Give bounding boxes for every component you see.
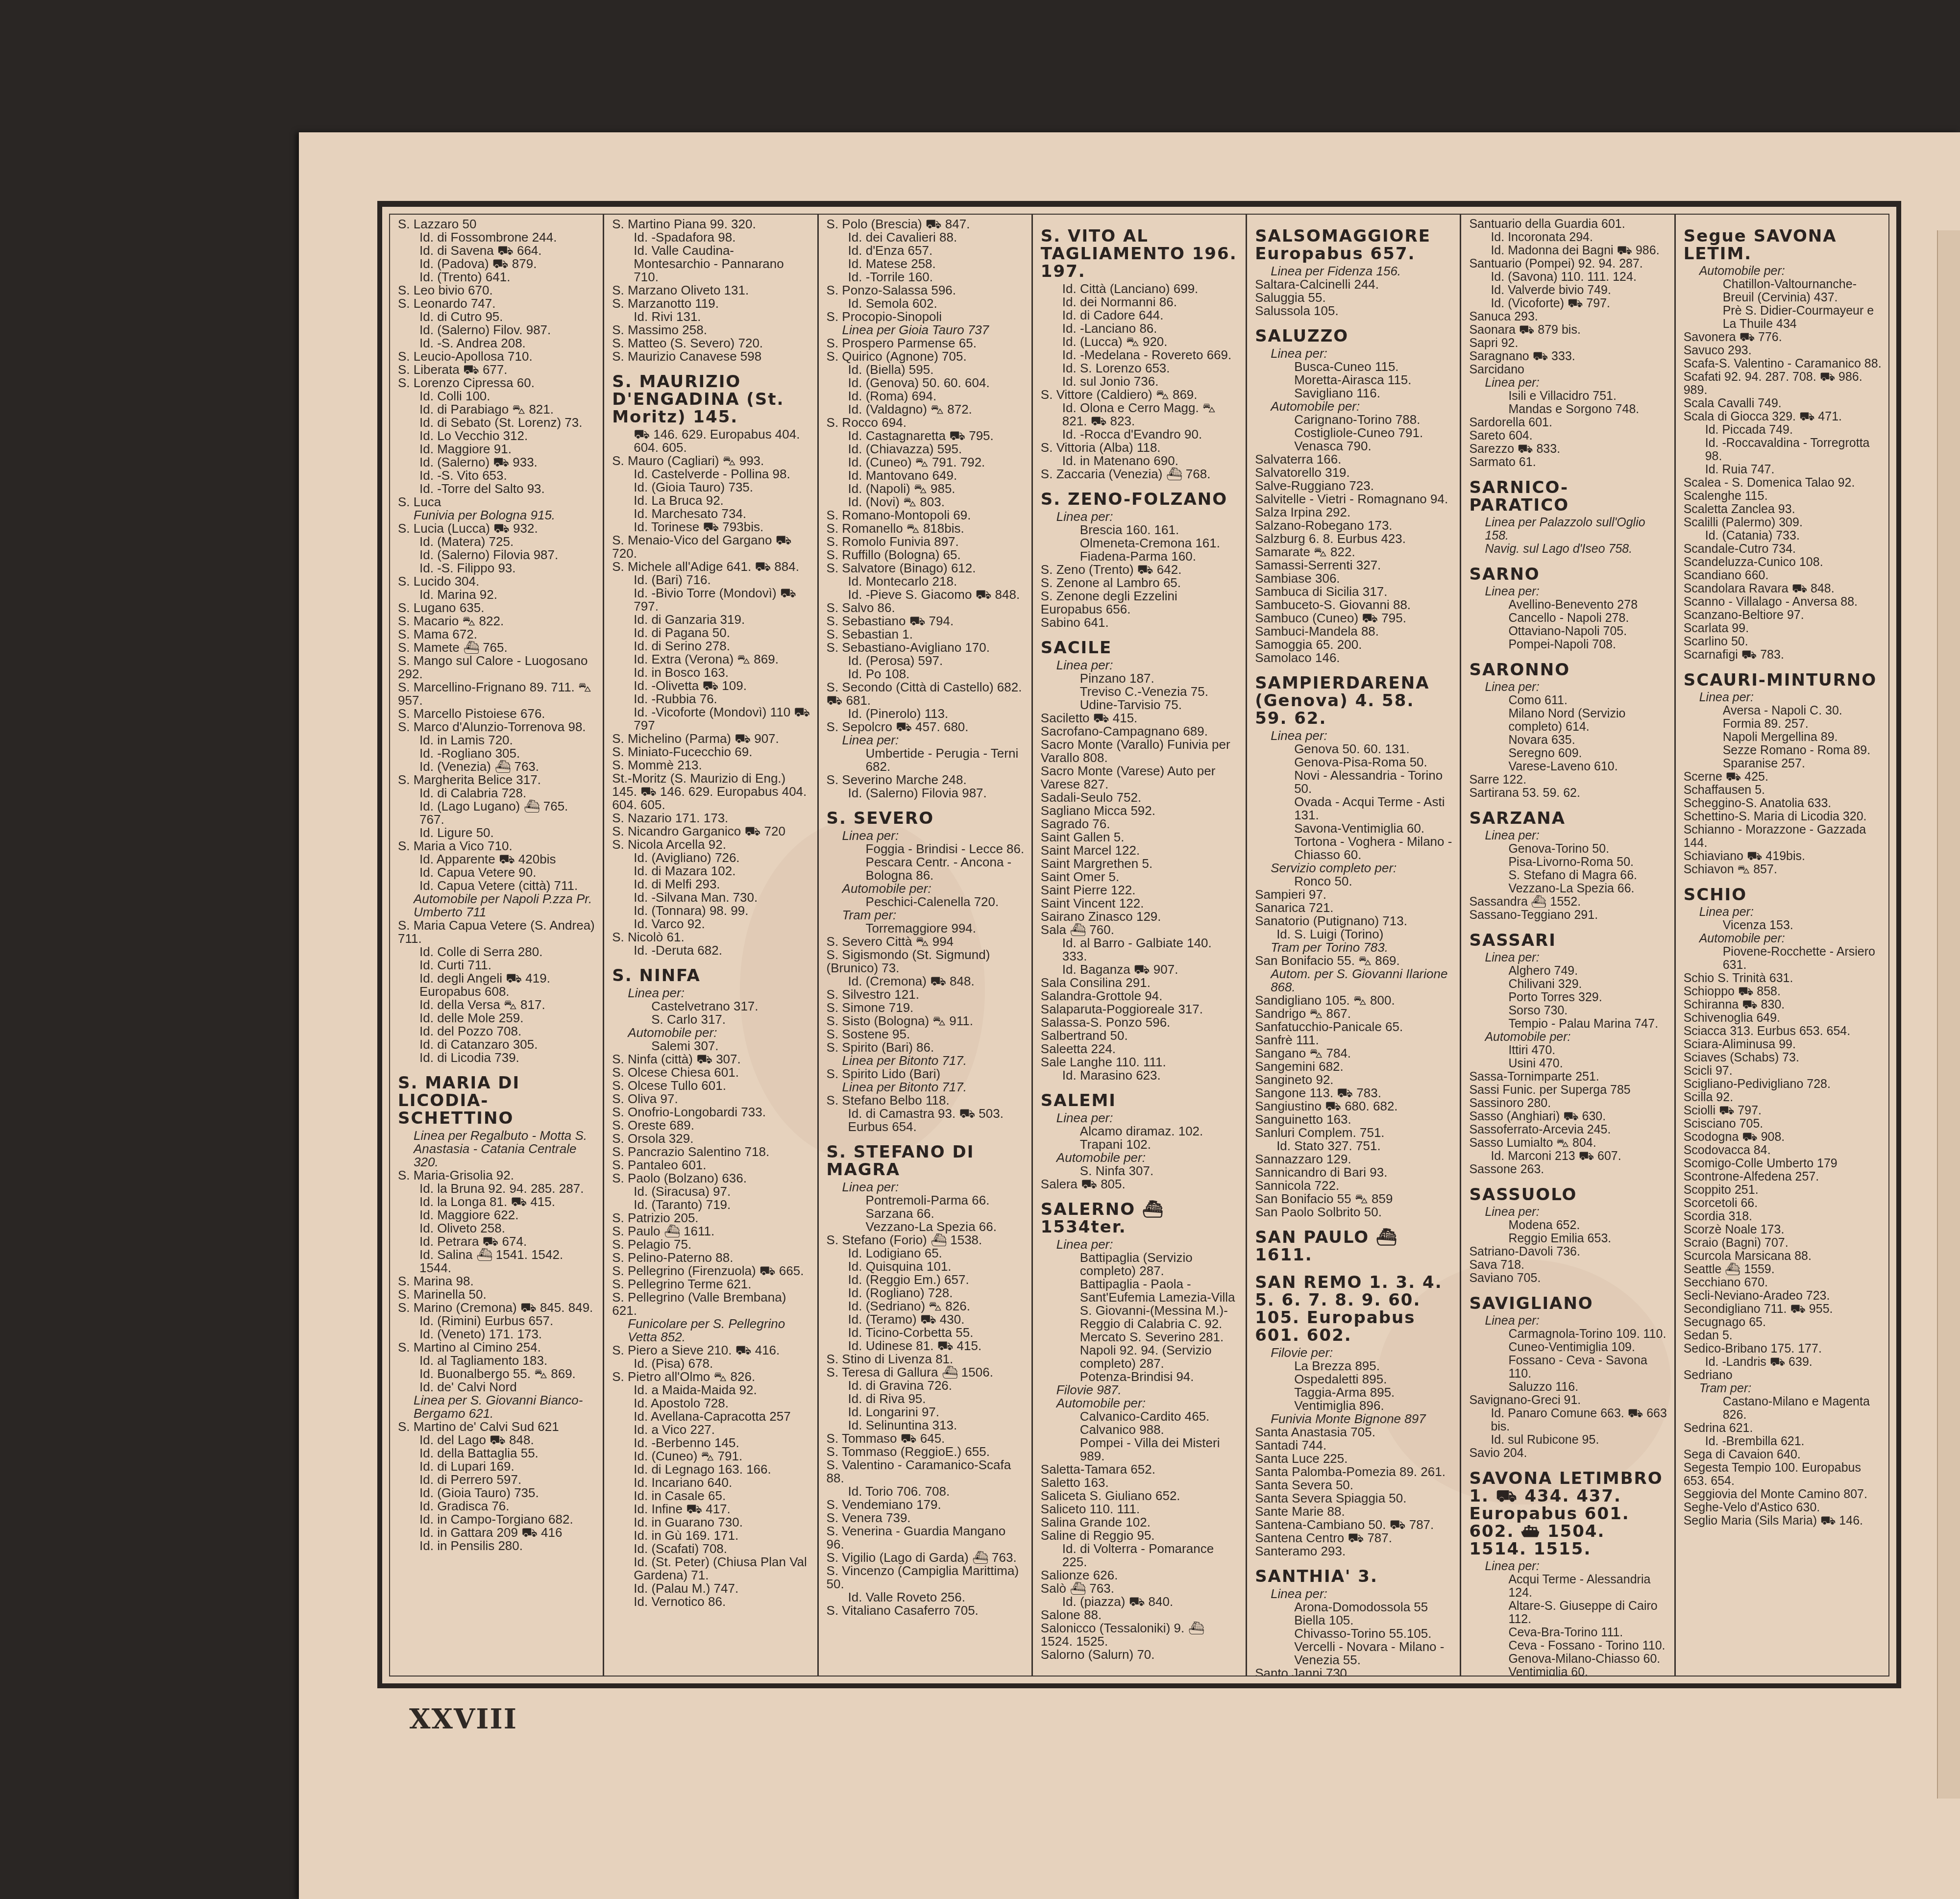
index-entry: Salandra-Grottole 94. — [1041, 989, 1239, 1003]
index-entry: Castano-Milano e Magenta 826. — [1684, 1395, 1882, 1422]
index-entry: Saonara ⛟ 879 bis. — [1469, 323, 1667, 337]
index-entry: Id. del Lago ⛟ 848. — [398, 1433, 596, 1447]
index-entry: Sarre 122. — [1469, 773, 1667, 787]
index-entry: Linea per: — [1469, 829, 1667, 842]
index-entry: Sagliano Micca 592. — [1041, 804, 1239, 817]
index-entry: Ottaviano-Napoli 705. — [1469, 625, 1667, 638]
index-entry: Id. in Pensilis 280. — [398, 1539, 596, 1553]
index-entry: S. Oliva 97. — [612, 1092, 810, 1106]
index-entry: Id. (Veneto) 171. 173. — [398, 1328, 596, 1341]
page-edge — [1937, 230, 1960, 1799]
index-entry: Scraio (Bagni) 707. — [1684, 1236, 1882, 1250]
index-entry: S. Romanello ⛍ 818bis. — [827, 522, 1025, 535]
index-entry: Id. in Campo-Torgiano 682. — [398, 1513, 596, 1526]
index-column-6: Santuario della Guardia 601.Id. Incorona… — [1461, 215, 1675, 1676]
index-entry: Id. di Fossombrone 244. — [398, 231, 596, 244]
index-entry: Autom. per S. Giovanni Ilarione 868. — [1255, 967, 1453, 994]
index-entry: S. Stefano (Forio) ⛴ 1538. — [827, 1233, 1025, 1247]
index-entry: Sanatorio (Putignano) 713. — [1255, 914, 1453, 928]
index-entry: Saint Vincent 122. — [1041, 897, 1239, 910]
index-entry: S. Nicola Arcella 92. — [612, 838, 810, 851]
index-entry: Linea per: — [1469, 585, 1667, 598]
index-entry: Schettino-S. Maria di Licodia 320. — [1684, 810, 1882, 823]
index-entry: Id. (Pinerolo) 113. — [827, 707, 1025, 720]
index-entry: Id. di Melfi 293. — [612, 878, 810, 891]
index-entry: Biella 105. — [1255, 1614, 1453, 1627]
index-entry: Id. -Roccavaldina - Torregrotta 98. — [1684, 437, 1882, 463]
index-entry: S. Mango sul Calore - Luogosano 292. — [398, 654, 596, 681]
index-entry: Sareto 604. — [1469, 429, 1667, 443]
index-entry: Umbertide - Perugia - Terni 682. — [827, 747, 1025, 773]
index-entry: Id. Curti 711. — [398, 959, 596, 972]
index-entry: Linea per Fidenza 156. — [1255, 265, 1453, 278]
index-entry: Id. Rivi 131. — [612, 310, 810, 323]
index-entry: Milano Nord (Servizio completo) 614. — [1469, 707, 1667, 734]
index-entry: Id. la Longa 81. ⛟ 415. — [398, 1195, 596, 1208]
index-entry: Id. -Deruta 682. — [612, 944, 810, 957]
index-entry: Aversa - Napoli C. 30. — [1684, 704, 1882, 717]
index-entry: S. Carlo 317. — [612, 1013, 810, 1026]
index-entry: Sassone 263. — [1469, 1163, 1667, 1176]
index-entry: Id. -Rocca d'Evandro 90. — [1041, 428, 1239, 441]
section-heading: S. SEVERO — [827, 810, 1025, 827]
index-entry: Id. -Landris ⛟ 639. — [1684, 1356, 1882, 1369]
index-entry: Id. Piccada 749. — [1684, 423, 1882, 437]
index-entry: Santa Luce 225. — [1255, 1452, 1453, 1465]
index-entry: Salve-Ruggiano 723. — [1255, 479, 1453, 493]
index-entry: Automobile per Napoli P.zza Pr. Umberto … — [398, 892, 596, 919]
index-entry: Id. delle Mole 259. — [398, 1011, 596, 1025]
section-heading: SCAURI-MINTURNO — [1684, 671, 1882, 689]
index-entry: Saletto 163. — [1041, 1476, 1239, 1489]
index-entry: Id. Città (Lanciano) 699. — [1041, 282, 1239, 296]
index-entry: Id. di Volterra - Pomarance 225. — [1041, 1542, 1239, 1569]
index-entry: Id. Infine ⛟ 417. — [612, 1503, 810, 1516]
index-entry: Id. di Perrero 597. — [398, 1473, 596, 1486]
index-entry: S. Tommaso ⛟ 645. — [827, 1432, 1025, 1445]
index-entry: S. Spirito Lido (Bari) — [827, 1067, 1025, 1081]
index-entry: Id. (Cuneo) ⛍ 791. — [612, 1450, 810, 1463]
index-entry: Linea per: — [1041, 1238, 1239, 1251]
index-entry: Id. (Cuneo) ⛍ 791. 792. — [827, 456, 1025, 469]
index-entry: Sasso (Anghiari) ⛟ 630. — [1469, 1110, 1667, 1123]
index-column-1: S. Lazzaro 50Id. di Fossombrone 244.Id. … — [390, 215, 604, 1676]
index-entry: Linea per: — [1469, 1314, 1667, 1328]
index-entry: Id. -S. Andrea 208. — [398, 337, 596, 350]
index-entry: Id. Incoronata 294. — [1469, 231, 1667, 244]
index-entry: S. Procopio-Sinopoli — [827, 310, 1025, 323]
index-entry: Udine-Tarvisio 75. — [1041, 698, 1239, 712]
index-entry: Sabino 641. — [1041, 616, 1239, 629]
index-entry: Id. Udinese 81. ⛟ 415. — [827, 1339, 1025, 1353]
index-entry: Saluzzo 116. — [1469, 1381, 1667, 1394]
index-entry: Id. di Camastra 93. ⛟ 503. Eurbus 654. — [827, 1107, 1025, 1134]
index-entry: Savigliano 116. — [1255, 387, 1453, 400]
index-entry: Id. in Lamis 720. — [398, 734, 596, 747]
index-entry: Tempio - Palau Marina 747. — [1469, 1017, 1667, 1031]
index-entry: Automobile per: — [1041, 1397, 1239, 1410]
index-entry: Scoppito 251. — [1684, 1184, 1882, 1197]
index-entry: Id. -Berbenno 145. — [612, 1436, 810, 1450]
index-entry: S. Vendemiano 179. — [827, 1498, 1025, 1511]
index-entry: Saint Marcel 122. — [1041, 844, 1239, 857]
index-entry: S. Martino de' Calvi Sud 621 — [398, 1420, 596, 1433]
index-entry: San Bonifacio 55 ⛍ 859 — [1255, 1192, 1453, 1206]
index-entry: Id. -Lanciano 86. — [1041, 322, 1239, 335]
index-entry: Carmagnola-Torino 109. 110. — [1469, 1328, 1667, 1341]
index-entry: Sciaves (Schabs) 73. — [1684, 1051, 1882, 1064]
section-heading: SARNO — [1469, 566, 1667, 583]
index-entry: Schiavon ⛍ 857. — [1684, 863, 1882, 876]
index-entry: Id. (Lago Lugano) ⛴ 765. 767. — [398, 800, 596, 826]
index-entry: S. Marcellino-Frignano 89. 711. ⛍ 957. — [398, 681, 596, 707]
index-entry: S. Spirito (Bari) 86. — [827, 1041, 1025, 1054]
index-entry: S. Lucido 304. — [398, 575, 596, 588]
index-entry: Salussola 105. — [1255, 304, 1453, 318]
index-entry: Id. di Gravina 726. — [827, 1379, 1025, 1392]
index-entry: Id. di Serino 278. — [612, 640, 810, 653]
index-column-7: Segue SAVONA LETIM.Automobile per:Chatil… — [1676, 215, 1888, 1676]
index-entry: S. Stefano Belbo 118. — [827, 1094, 1025, 1107]
index-entry: S. Salvo 86. — [827, 601, 1025, 615]
index-entry: Id. del Pozzo 708. — [398, 1025, 596, 1038]
index-entry: S. Lucia (Lucca) ⛟ 932. — [398, 522, 596, 535]
index-entry: Salza Irpina 292. — [1255, 506, 1453, 519]
index-entry: Sanguinetto 163. — [1255, 1113, 1453, 1126]
index-entry: Scarlino 50. — [1684, 635, 1882, 648]
section-heading: S. ZENO-FOLZANO — [1041, 491, 1239, 508]
index-entry: Id. -Pieve S. Giacomo ⛟ 848. — [827, 588, 1025, 601]
index-entry: S. Stino di Livenza 81. — [827, 1353, 1025, 1366]
index-entry: Id. -Torre del Salto 93. — [398, 482, 596, 495]
index-entry: Id. Torio 706. 708. — [827, 1485, 1025, 1498]
section-heading: SANTHIA' 3. — [1255, 1568, 1453, 1585]
index-entry: Linea per: — [1041, 510, 1239, 523]
index-entry: Sega di Cavaion 640. — [1684, 1448, 1882, 1461]
index-entry: Vezzano-La Spezia 66. — [827, 1220, 1025, 1233]
index-entry: Mercato S. Severino 281. — [1041, 1331, 1239, 1344]
index-entry: Linea per: — [1041, 659, 1239, 672]
index-entry: S. Mama 672. — [398, 628, 596, 641]
index-entry: Salonicco (Tessaloniki) 9. ⛴ 1524. 1525. — [1041, 1622, 1239, 1648]
index-entry: Id. Marconi 213 ⛟ 607. — [1469, 1150, 1667, 1163]
index-entry: Sante Marie 88. — [1255, 1505, 1453, 1518]
index-entry: S. Menaio-Vico del Gargano ⛟ 720. — [612, 534, 810, 560]
index-entry: S. Marcello Pistoiese 676. — [398, 707, 596, 720]
index-entry: S. Michelino (Parma) ⛟ 907. — [612, 732, 810, 745]
index-entry: S. Piero a Sieve 210. ⛟ 416. — [612, 1344, 810, 1357]
index-entry: Id. (Venezia) ⛴ 763. — [398, 760, 596, 773]
index-entry: St.-Moritz (S. Maurizio di Eng.) 145. ⛟ … — [612, 772, 810, 812]
index-entry: Sangiustino ⛟ 680. 682. — [1255, 1100, 1453, 1113]
index-entry: Id. di Licodia 739. — [398, 1051, 596, 1064]
index-entry: Sampieri 97. — [1255, 888, 1453, 901]
index-entry: Id. (Matera) 725. — [398, 535, 596, 548]
index-entry: Id. in Casale 65. — [612, 1489, 810, 1503]
index-entry: Sanfatucchio-Panicale 65. — [1255, 1020, 1453, 1034]
index-entry: Id. Olona e Cerro Magg. ⛍ 821. ⛟ 823. — [1041, 401, 1239, 428]
index-entry: Linea per: — [1684, 691, 1882, 704]
index-entry: Sedrina 621. — [1684, 1422, 1882, 1435]
section-heading: SASSARI — [1469, 932, 1667, 949]
index-entry: Calvanico-Cardito 465. — [1041, 1410, 1239, 1423]
index-entry: Sassano-Teggiano 291. — [1469, 909, 1667, 922]
index-entry: Id. Valle Roveto 256. — [827, 1591, 1025, 1604]
index-entry: Brescia 160. 161. — [1041, 523, 1239, 537]
index-entry: Automobile per: — [1041, 1151, 1239, 1164]
index-entry: Saragnano ⛟ 333. — [1469, 350, 1667, 363]
index-entry: Sarezzo ⛟ 833. — [1469, 443, 1667, 456]
index-entry: Ospedaletti 895. — [1255, 1373, 1453, 1386]
index-entry: S. Mommè 213. — [612, 759, 810, 772]
index-entry: Sassi Funic. per Superga 785 — [1469, 1084, 1667, 1097]
index-entry: Id. (St. Peter) (Chiusa Plan Val Gardena… — [612, 1555, 810, 1582]
section-heading: SALUZZO — [1255, 327, 1453, 345]
index-entry: Id. Apparente ⛟ 420bis — [398, 853, 596, 866]
index-entry: Sambuco (Cuneo) ⛟ 795. — [1255, 612, 1453, 625]
index-entry: S. Sebastian 1. — [827, 628, 1025, 641]
index-entry: Id. Ruia 747. — [1684, 463, 1882, 476]
index-entry: Id. -Bivio Torre (Mondovì) ⛟ 797. — [612, 587, 810, 613]
index-entry: Salone 88. — [1041, 1608, 1239, 1622]
index-entry: Salbertrand 50. — [1041, 1029, 1239, 1042]
index-entry: Automobile per: — [1684, 932, 1882, 945]
index-entry: Linea per: — [827, 734, 1025, 747]
index-entry: S. Matteo (S. Severo) 720. — [612, 337, 810, 350]
index-entry: Formia 89. 257. — [1684, 717, 1882, 731]
index-entry: Linea per: — [827, 829, 1025, 842]
index-entry: Id. Valle Caudina-Montesarchio - Pannara… — [612, 244, 810, 284]
index-entry: Schaffausen 5. — [1684, 784, 1882, 797]
index-entry: Id. a Vico 227. — [612, 1423, 810, 1436]
index-entry: Automobile per: — [1684, 265, 1882, 278]
index-entry: S. Lorenzo Cipressa 60. — [398, 376, 596, 390]
index-entry: Savonera ⛟ 776. — [1684, 331, 1882, 344]
section-heading: S. VITO AL TAGLIAMENTO 196. 197. — [1041, 227, 1239, 280]
index-entry: Vezzano-La Spezia 66. — [1469, 882, 1667, 895]
section-heading: S. STEFANO DI MAGRA — [827, 1143, 1025, 1179]
index-entry: Satriano-Davoli 736. — [1469, 1245, 1667, 1258]
index-entry: Id. di Cadore 644. — [1041, 309, 1239, 322]
index-entry: Id. (Teramo) ⛟ 430. — [827, 1313, 1025, 1326]
index-entry: Linea per: — [827, 1181, 1025, 1194]
index-entry: Sassoferrato-Arcevia 245. — [1469, 1123, 1667, 1136]
index-entry: S. Sebastiano ⛟ 794. — [827, 615, 1025, 628]
index-entry: Foggia - Brindisi - Lecce 86. — [827, 842, 1025, 856]
index-entry: Saint Gallen 5. — [1041, 831, 1239, 844]
index-entry: Id. Vernotico 86. — [612, 1595, 810, 1608]
index-entry: Sassinoro 280. — [1469, 1097, 1667, 1110]
index-entry: Linea per Regalbuto - Motta S. Anastasia… — [398, 1129, 596, 1169]
index-entry: Peschici-Calenella 720. — [827, 895, 1025, 909]
index-entry: Alcamo diramaz. 102. — [1041, 1125, 1239, 1138]
index-entry: Calvanico 988. — [1041, 1423, 1239, 1436]
index-entry: Scandeluzza-Cunico 108. — [1684, 556, 1882, 569]
index-entry: Scorzè Noale 173. — [1684, 1223, 1882, 1236]
index-entry: Sannazzaro 129. — [1255, 1153, 1453, 1166]
index-entry: Vercelli - Novara - Milano - Venezia 55. — [1255, 1640, 1453, 1667]
index-entry: Pontremoli-Parma 66. — [827, 1194, 1025, 1207]
index-entry: Scodovacca 84. — [1684, 1144, 1882, 1157]
index-entry: Ronco 50. — [1255, 875, 1453, 888]
index-entry: Id. Colli 100. — [398, 390, 596, 403]
index-entry: S. Olcese Tullo 601. — [612, 1079, 810, 1092]
index-entry: Sanluri Complem. 751. — [1255, 1126, 1453, 1139]
index-entry: Sannicola 722. — [1255, 1179, 1453, 1192]
index-entry: Santena Centro ⛟ 787. — [1255, 1531, 1453, 1545]
index-entry: Scodogna ⛟ 908. — [1684, 1131, 1882, 1144]
index-entry: Salassa-S. Ponzo 596. — [1041, 1016, 1239, 1029]
index-entry: Id. dei Cavalieri 88. — [827, 231, 1025, 244]
index-entry: Id. (Perosa) 597. — [827, 654, 1025, 667]
index-entry: Scala Cavalli 749. — [1684, 397, 1882, 410]
index-entry: Filovie per: — [1255, 1346, 1453, 1359]
index-entry: Samolaco 146. — [1255, 651, 1453, 665]
index-entry: Battipaglia - Paola - Sant'Eufemia Lamez… — [1041, 1278, 1239, 1331]
index-entry: S. Teresa di Gallura ⛴ 1506. — [827, 1366, 1025, 1379]
index-entry: Linea per Bitonto 717. — [827, 1054, 1025, 1067]
index-entry: S. Marzanotto 119. — [612, 297, 810, 310]
index-entry: S. Maurizio Canavese 598 — [612, 350, 810, 363]
index-entry: Castelvetrano 317. — [612, 1000, 810, 1013]
index-entry: Battipaglia (Servizio completo) 287. — [1041, 1251, 1239, 1278]
index-entry: S. Romano-Montopoli 69. — [827, 509, 1025, 522]
index-entry: Torremaggiore 994. — [827, 922, 1025, 935]
index-entry: S. Pelino-Paterno 88. — [612, 1251, 810, 1264]
index-entry: Sangano ⛍ 784. — [1255, 1047, 1453, 1060]
index-entry: Id. (Pisa) 678. — [612, 1357, 810, 1370]
index-entry: Id. -S. Vito 653. — [398, 469, 596, 482]
index-entry: Id. Baganza ⛟ 907. — [1041, 963, 1239, 976]
section-heading: SARONNO — [1469, 661, 1667, 679]
index-entry: Potenza-Brindisi 94. — [1041, 1370, 1239, 1383]
index-entry: S. Salvatore (Binago) 612. — [827, 562, 1025, 575]
index-entry: Id. al Barro - Galbiate 140. 333. — [1041, 937, 1239, 963]
index-entry: Id. di Sebato (St. Lorenz) 73. — [398, 416, 596, 429]
index-entry: Id. (Sedriano) ⛍ 826. — [827, 1300, 1025, 1313]
index-entry: Id. (Padova) ⛟ 879. — [398, 257, 596, 271]
index-entry: S. Lugano 635. — [398, 601, 596, 615]
index-entry: S. Marinella 50. — [398, 1288, 596, 1301]
index-entry: Scandolara Ravara ⛟ 848. — [1684, 582, 1882, 595]
index-entry: Saviano 705. — [1469, 1272, 1667, 1285]
index-entry: S. Mamete ⛴ 765. — [398, 641, 596, 654]
index-entry: Novi - Alessandria - Torino 50. — [1255, 769, 1453, 795]
index-entry: Prè S. Didier-Courmayeur e La Thuile 434 — [1684, 304, 1882, 331]
section-heading: S. MAURIZIO D'ENGADINA (St. Moritz) 145. — [612, 373, 810, 426]
index-entry: Seattle ⛴ 1559. — [1684, 1263, 1882, 1276]
index-entry: Id. in Gattara 209 ⛟ 416 — [398, 1526, 596, 1539]
index-entry: Id. Ligure 50. — [398, 826, 596, 839]
index-entry: Linea per Gioia Tauro 737 — [827, 323, 1025, 337]
section-heading: Segue SAVONA LETIM. — [1684, 227, 1882, 263]
index-entry: Arona-Domodossola 55 — [1255, 1601, 1453, 1614]
index-entry: Schivenoglia 649. — [1684, 1011, 1882, 1025]
index-entry: Scarlata 99. — [1684, 622, 1882, 635]
index-entry: Napoli 92. 94. (Servizio completo) 287. — [1041, 1344, 1239, 1370]
index-entry: Trapani 102. — [1041, 1138, 1239, 1151]
index-entry: Piovene-Rocchette - Arsiero 631. — [1684, 945, 1882, 972]
index-entry: Santo Janni 730 — [1255, 1667, 1453, 1676]
index-entry: Sedico-Bribano 175. 177. — [1684, 1342, 1882, 1356]
index-entry: Id. Matese 258. — [827, 257, 1025, 271]
index-entry: Salionze 626. — [1041, 1569, 1239, 1582]
index-entry: Pescara Centr. - Ancona - Bologna 86. — [827, 856, 1025, 882]
index-entry: Automobile per: — [1469, 1031, 1667, 1044]
index-entry: Linea per: — [1469, 1206, 1667, 1219]
index-entry: Id. di Lupari 169. — [398, 1460, 596, 1473]
index-column-3: S. Polo (Brescia) ⛟ 847.Id. dei Cavalier… — [819, 215, 1033, 1676]
index-entry: Id. in Gù 169. 171. — [612, 1529, 810, 1542]
index-entry: S. Pellegrino (Valle Brembana) 621. — [612, 1291, 810, 1317]
index-entry: Id. Po 108. — [827, 667, 1025, 681]
index-entry: Salera ⛟ 805. — [1041, 1178, 1239, 1191]
index-entry: S. Vitaliano Casaferro 705. — [827, 1604, 1025, 1617]
index-entry: Id. de' Calvi Nord — [398, 1381, 596, 1394]
index-entry: Sanarica 721. — [1255, 901, 1453, 914]
index-entry: Tortona - Voghera - Milano - Chiasso 60. — [1255, 835, 1453, 862]
index-entry: S. Massimo 258. — [612, 323, 810, 337]
index-entry: Sandigliano 105. ⛍ 800. — [1255, 994, 1453, 1007]
index-entry: S. Marino (Cremona) ⛟ 845. 849. — [398, 1301, 596, 1314]
index-entry: Id. Capua Vetere (città) 711. — [398, 879, 596, 892]
index-entry: Secchiano 670. — [1684, 1276, 1882, 1289]
index-entry: Ceva-Bra-Torino 111. — [1469, 1626, 1667, 1639]
index-entry: Porto Torres 329. — [1469, 991, 1667, 1004]
index-entry: Savuco 293. — [1684, 344, 1882, 357]
index-entry: Scurcola Marsicana 88. — [1684, 1250, 1882, 1263]
index-entry: Saluggia 55. — [1255, 291, 1453, 304]
index-entry: Chatillon-Valtournanche-Breuil (Cervinia… — [1684, 278, 1882, 304]
page-number: XXVIII — [409, 1703, 517, 1735]
index-entry: S. Leonardo 747. — [398, 297, 596, 310]
index-entry: S. Vittore (Caldiero) ⛍ 869. — [1041, 388, 1239, 401]
index-entry: Alghero 749. — [1469, 964, 1667, 978]
index-entry: Id. Avellana-Capracotta 257 — [612, 1410, 810, 1423]
index-entry: Santuario della Guardia 601. — [1469, 218, 1667, 231]
index-entry: Ittiri 470. — [1469, 1044, 1667, 1057]
index-entry: Schianno - Morazzone - Gazzada 144. — [1684, 823, 1882, 850]
index-entry: Saint Pierre 122. — [1041, 884, 1239, 897]
index-entry: Acqui Terme - Alessandria 124. — [1469, 1573, 1667, 1600]
index-entry: Filovie 987. — [1041, 1383, 1239, 1397]
index-entry: S. Onofrio-Longobardi 733. — [612, 1106, 810, 1119]
index-entry: S. Zenone degli Ezzelini Europabus 656. — [1041, 590, 1239, 616]
index-entry: Linea per: — [1684, 906, 1882, 919]
index-entry: Id. la Bruna 92. 94. 285. 287. — [398, 1182, 596, 1195]
index-entry: Schioppo ⛟ 858. — [1684, 985, 1882, 998]
section-heading: S. NINFA — [612, 967, 810, 985]
index-entry: Id. (Gioia Tauro) 735. — [398, 1486, 596, 1500]
index-entry: S. Liberata ⛟ 677. — [398, 363, 596, 376]
index-entry: Id. (Scafati) 708. — [612, 1542, 810, 1555]
index-entry: Funivia per Bologna 915. — [398, 509, 596, 522]
index-entry: Seghe-Velo d'Astico 630. — [1684, 1501, 1882, 1514]
index-entry: Id. Varco 92. — [612, 917, 810, 931]
index-entry: Id. -Vicoforte (Mondovì) 110 ⛟ 797 — [612, 706, 810, 732]
index-entry: Salvatorello 319. — [1255, 466, 1453, 479]
index-entry: Id. La Bruca 92. — [612, 494, 810, 507]
index-entry: Id. di Parabiago ⛍ 821. — [398, 403, 596, 416]
index-entry: Scicli 97. — [1684, 1064, 1882, 1078]
index-entry: Id. (Cremona) ⛟ 848. — [827, 975, 1025, 988]
index-entry: Pompei-Napoli 708. — [1469, 638, 1667, 651]
index-entry: Scerne ⛟ 425. — [1684, 770, 1882, 784]
index-entry: Saltara-Calcinelli 244. — [1255, 278, 1453, 291]
index-entry: Id. (Trento) 641. — [398, 271, 596, 284]
index-entry: Sedan 5. — [1684, 1329, 1882, 1342]
index-entry: Linea per: — [612, 986, 810, 1000]
